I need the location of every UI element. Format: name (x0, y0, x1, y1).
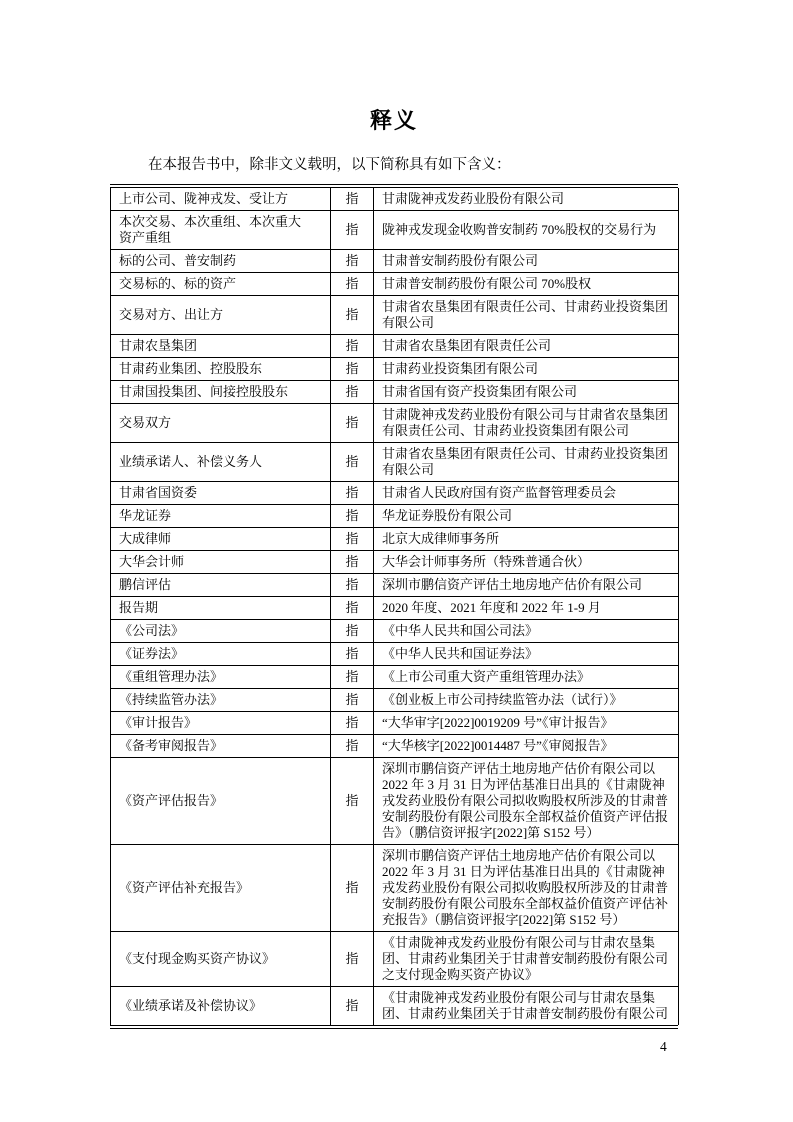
term-cell: 鹏信评估 (111, 574, 331, 597)
indicator-cell: 指 (331, 712, 374, 735)
table-row: 大华会计师 指 大华会计师事务所（特殊普通合伙） (111, 551, 679, 574)
document-page: 释义 在本报告书中，除非文义载明，以下简称具有如下含义： 上市公司、陇神戎发、受… (0, 0, 793, 1122)
definition-cell: 甘肃陇神戎发药业股份有限公司与甘肃省农垦集团有限责任公司、甘肃药业投资集团有限公… (374, 404, 679, 443)
term-cell: 甘肃药业集团、控股股东 (111, 358, 331, 381)
definition-cell: 《创业板上市公司持续监管办法（试行）》 (374, 689, 679, 712)
table-row: 《重组管理办法》 指 《上市公司重大资产重组管理办法》 (111, 666, 679, 689)
definition-cell: 华龙证券股份有限公司 (374, 505, 679, 528)
table-row: 交易标的、标的资产 指 甘肃普安制药股份有限公司 70%股权 (111, 273, 679, 296)
definition-cell: “大华审字[2022]0019209 号”《审计报告》 (374, 712, 679, 735)
table-row: 华龙证券 指 华龙证券股份有限公司 (111, 505, 679, 528)
term-cell: 上市公司、陇神戎发、受让方 (111, 188, 331, 211)
table-row: 《资产评估报告》 指 深圳市鹏信资产评估土地房地产估价有限公司以 2022 年 … (111, 758, 679, 845)
term-cell: 《重组管理办法》 (111, 666, 331, 689)
definition-cell: 深圳市鹏信资产评估土地房地产估价有限公司以 2022 年 3 月 31 日为评估… (374, 845, 679, 932)
intro-text: 在本报告书中，除非文义载明，以下简称具有如下含义： (110, 156, 678, 174)
definition-cell: 陇神戎发现金收购普安制药 70%股权的交易行为 (374, 211, 679, 250)
indicator-cell: 指 (331, 689, 374, 712)
indicator-cell: 指 (331, 845, 374, 932)
definition-cell: 甘肃普安制药股份有限公司 (374, 250, 679, 273)
definition-cell: 甘肃省农垦集团有限责任公司、甘肃药业投资集团有限公司 (374, 443, 679, 482)
definition-cell: 甘肃省农垦集团有限责任公司、甘肃药业投资集团有限公司 (374, 296, 679, 335)
table-row: 《业绩承诺及补偿协议》 指 《甘肃陇神戎发药业股份有限公司与甘肃农垦集团、甘肃药… (111, 987, 679, 1026)
table-row: 鹏信评估 指 深圳市鹏信资产评估土地房地产估价有限公司 (111, 574, 679, 597)
table-row: 甘肃省国资委 指 甘肃省人民政府国有资产监督管理委员会 (111, 482, 679, 505)
indicator-cell: 指 (331, 188, 374, 211)
term-cell: 《审计报告》 (111, 712, 331, 735)
indicator-cell: 指 (331, 528, 374, 551)
definition-cell: 甘肃陇神戎发药业股份有限公司 (374, 188, 679, 211)
table-row: 《支付现金购买资产协议》 指 《甘肃陇神戎发药业股份有限公司与甘肃农垦集团、甘肃… (111, 932, 679, 987)
table-row: 甘肃农垦集团 指 甘肃省农垦集团有限责任公司 (111, 335, 679, 358)
term-cell: 交易标的、标的资产 (111, 273, 331, 296)
table-row: 甘肃国投集团、间接控股股东 指 甘肃省国有资产投资集团有限公司 (111, 381, 679, 404)
definition-cell: 《上市公司重大资产重组管理办法》 (374, 666, 679, 689)
term-cell: 《资产评估补充报告》 (111, 845, 331, 932)
definition-cell: 甘肃普安制药股份有限公司 70%股权 (374, 273, 679, 296)
page-number: 4 (660, 1039, 667, 1055)
indicator-cell: 指 (331, 358, 374, 381)
term-cell: 大华会计师 (111, 551, 331, 574)
term-cell: 报告期 (111, 597, 331, 620)
term-cell: 《支付现金购买资产协议》 (111, 932, 331, 987)
term-cell: 《持续监管办法》 (111, 689, 331, 712)
indicator-cell: 指 (331, 597, 374, 620)
definition-cell: 甘肃药业投资集团有限公司 (374, 358, 679, 381)
table-row: 本次交易、本次重组、本次重大资产重组 指 陇神戎发现金收购普安制药 70%股权的… (111, 211, 679, 250)
indicator-cell: 指 (331, 932, 374, 987)
indicator-cell: 指 (331, 551, 374, 574)
definition-cell: 深圳市鹏信资产评估土地房地产估价有限公司以 2022 年 3 月 31 日为评估… (374, 758, 679, 845)
indicator-cell: 指 (331, 758, 374, 845)
indicator-cell: 指 (331, 250, 374, 273)
definition-cell: 大华会计师事务所（特殊普通合伙） (374, 551, 679, 574)
indicator-cell: 指 (331, 987, 374, 1026)
table-row: 交易双方 指 甘肃陇神戎发药业股份有限公司与甘肃省农垦集团有限责任公司、甘肃药业… (111, 404, 679, 443)
indicator-cell: 指 (331, 273, 374, 296)
table-row: 业绩承诺人、补偿义务人 指 甘肃省农垦集团有限责任公司、甘肃药业投资集团有限公司 (111, 443, 679, 482)
term-cell: 交易对方、出让方 (111, 296, 331, 335)
indicator-cell: 指 (331, 335, 374, 358)
indicator-cell: 指 (331, 443, 374, 482)
definitions-table: 上市公司、陇神戎发、受让方 指 甘肃陇神戎发药业股份有限公司 本次交易、本次重组… (110, 188, 679, 1025)
term-cell: 《备考审阅报告》 (111, 735, 331, 758)
term-cell: 《公司法》 (111, 620, 331, 643)
definitions-table-body: 上市公司、陇神戎发、受让方 指 甘肃陇神戎发药业股份有限公司 本次交易、本次重组… (111, 188, 679, 1025)
definition-cell: 甘肃省农垦集团有限责任公司 (374, 335, 679, 358)
term-cell: 甘肃国投集团、间接控股股东 (111, 381, 331, 404)
term-cell: 《业绩承诺及补偿协议》 (111, 987, 331, 1026)
definition-cell: 2020 年度、2021 年度和 2022 年 1-9 月 (374, 597, 679, 620)
term-cell: 本次交易、本次重组、本次重大资产重组 (111, 211, 331, 250)
indicator-cell: 指 (331, 404, 374, 443)
indicator-cell: 指 (331, 211, 374, 250)
term-cell: 大成律师 (111, 528, 331, 551)
term-cell: 甘肃农垦集团 (111, 335, 331, 358)
definitions-table-wrapper: 上市公司、陇神戎发、受让方 指 甘肃陇神戎发药业股份有限公司 本次交易、本次重组… (110, 184, 678, 1029)
table-row: 《审计报告》 指 “大华审字[2022]0019209 号”《审计报告》 (111, 712, 679, 735)
definition-cell: 甘肃省人民政府国有资产监督管理委员会 (374, 482, 679, 505)
definition-cell: 《中华人民共和国证券法》 (374, 643, 679, 666)
table-row: 《备考审阅报告》 指 “大华核字[2022]0014487 号”《审阅报告》 (111, 735, 679, 758)
table-row: 上市公司、陇神戎发、受让方 指 甘肃陇神戎发药业股份有限公司 (111, 188, 679, 211)
term-cell: 业绩承诺人、补偿义务人 (111, 443, 331, 482)
definition-cell: 北京大成律师事务所 (374, 528, 679, 551)
table-row: 甘肃药业集团、控股股东 指 甘肃药业投资集团有限公司 (111, 358, 679, 381)
page-title: 释义 (110, 106, 678, 136)
definition-cell: 深圳市鹏信资产评估土地房地产估价有限公司 (374, 574, 679, 597)
page-content: 释义 在本报告书中，除非文义载明，以下简称具有如下含义： 上市公司、陇神戎发、受… (110, 106, 678, 1029)
definition-cell: 甘肃省国有资产投资集团有限公司 (374, 381, 679, 404)
table-row: 报告期 指 2020 年度、2021 年度和 2022 年 1-9 月 (111, 597, 679, 620)
table-row: 《持续监管办法》 指 《创业板上市公司持续监管办法（试行）》 (111, 689, 679, 712)
definition-cell: 《甘肃陇神戎发药业股份有限公司与甘肃农垦集团、甘肃药业集团关于甘肃普安制药股份有… (374, 987, 679, 1026)
table-row: 《资产评估补充报告》 指 深圳市鹏信资产评估土地房地产估价有限公司以 2022 … (111, 845, 679, 932)
table-row: 大成律师 指 北京大成律师事务所 (111, 528, 679, 551)
indicator-cell: 指 (331, 574, 374, 597)
definition-cell: 《甘肃陇神戎发药业股份有限公司与甘肃农垦集团、甘肃药业集团关于甘肃普安制药股份有… (374, 932, 679, 987)
table-row: 标的公司、普安制药 指 甘肃普安制药股份有限公司 (111, 250, 679, 273)
term-cell: 华龙证券 (111, 505, 331, 528)
table-row: 《公司法》 指 《中华人民共和国公司法》 (111, 620, 679, 643)
term-cell: 《资产评估报告》 (111, 758, 331, 845)
indicator-cell: 指 (331, 482, 374, 505)
table-row: 交易对方、出让方 指 甘肃省农垦集团有限责任公司、甘肃药业投资集团有限公司 (111, 296, 679, 335)
indicator-cell: 指 (331, 620, 374, 643)
term-cell: 《证券法》 (111, 643, 331, 666)
indicator-cell: 指 (331, 381, 374, 404)
definition-cell: 《中华人民共和国公司法》 (374, 620, 679, 643)
definition-cell: “大华核字[2022]0014487 号”《审阅报告》 (374, 735, 679, 758)
term-cell: 交易双方 (111, 404, 331, 443)
term-cell: 甘肃省国资委 (111, 482, 331, 505)
indicator-cell: 指 (331, 666, 374, 689)
term-cell: 标的公司、普安制药 (111, 250, 331, 273)
table-row: 《证券法》 指 《中华人民共和国证券法》 (111, 643, 679, 666)
indicator-cell: 指 (331, 643, 374, 666)
indicator-cell: 指 (331, 735, 374, 758)
indicator-cell: 指 (331, 296, 374, 335)
indicator-cell: 指 (331, 505, 374, 528)
